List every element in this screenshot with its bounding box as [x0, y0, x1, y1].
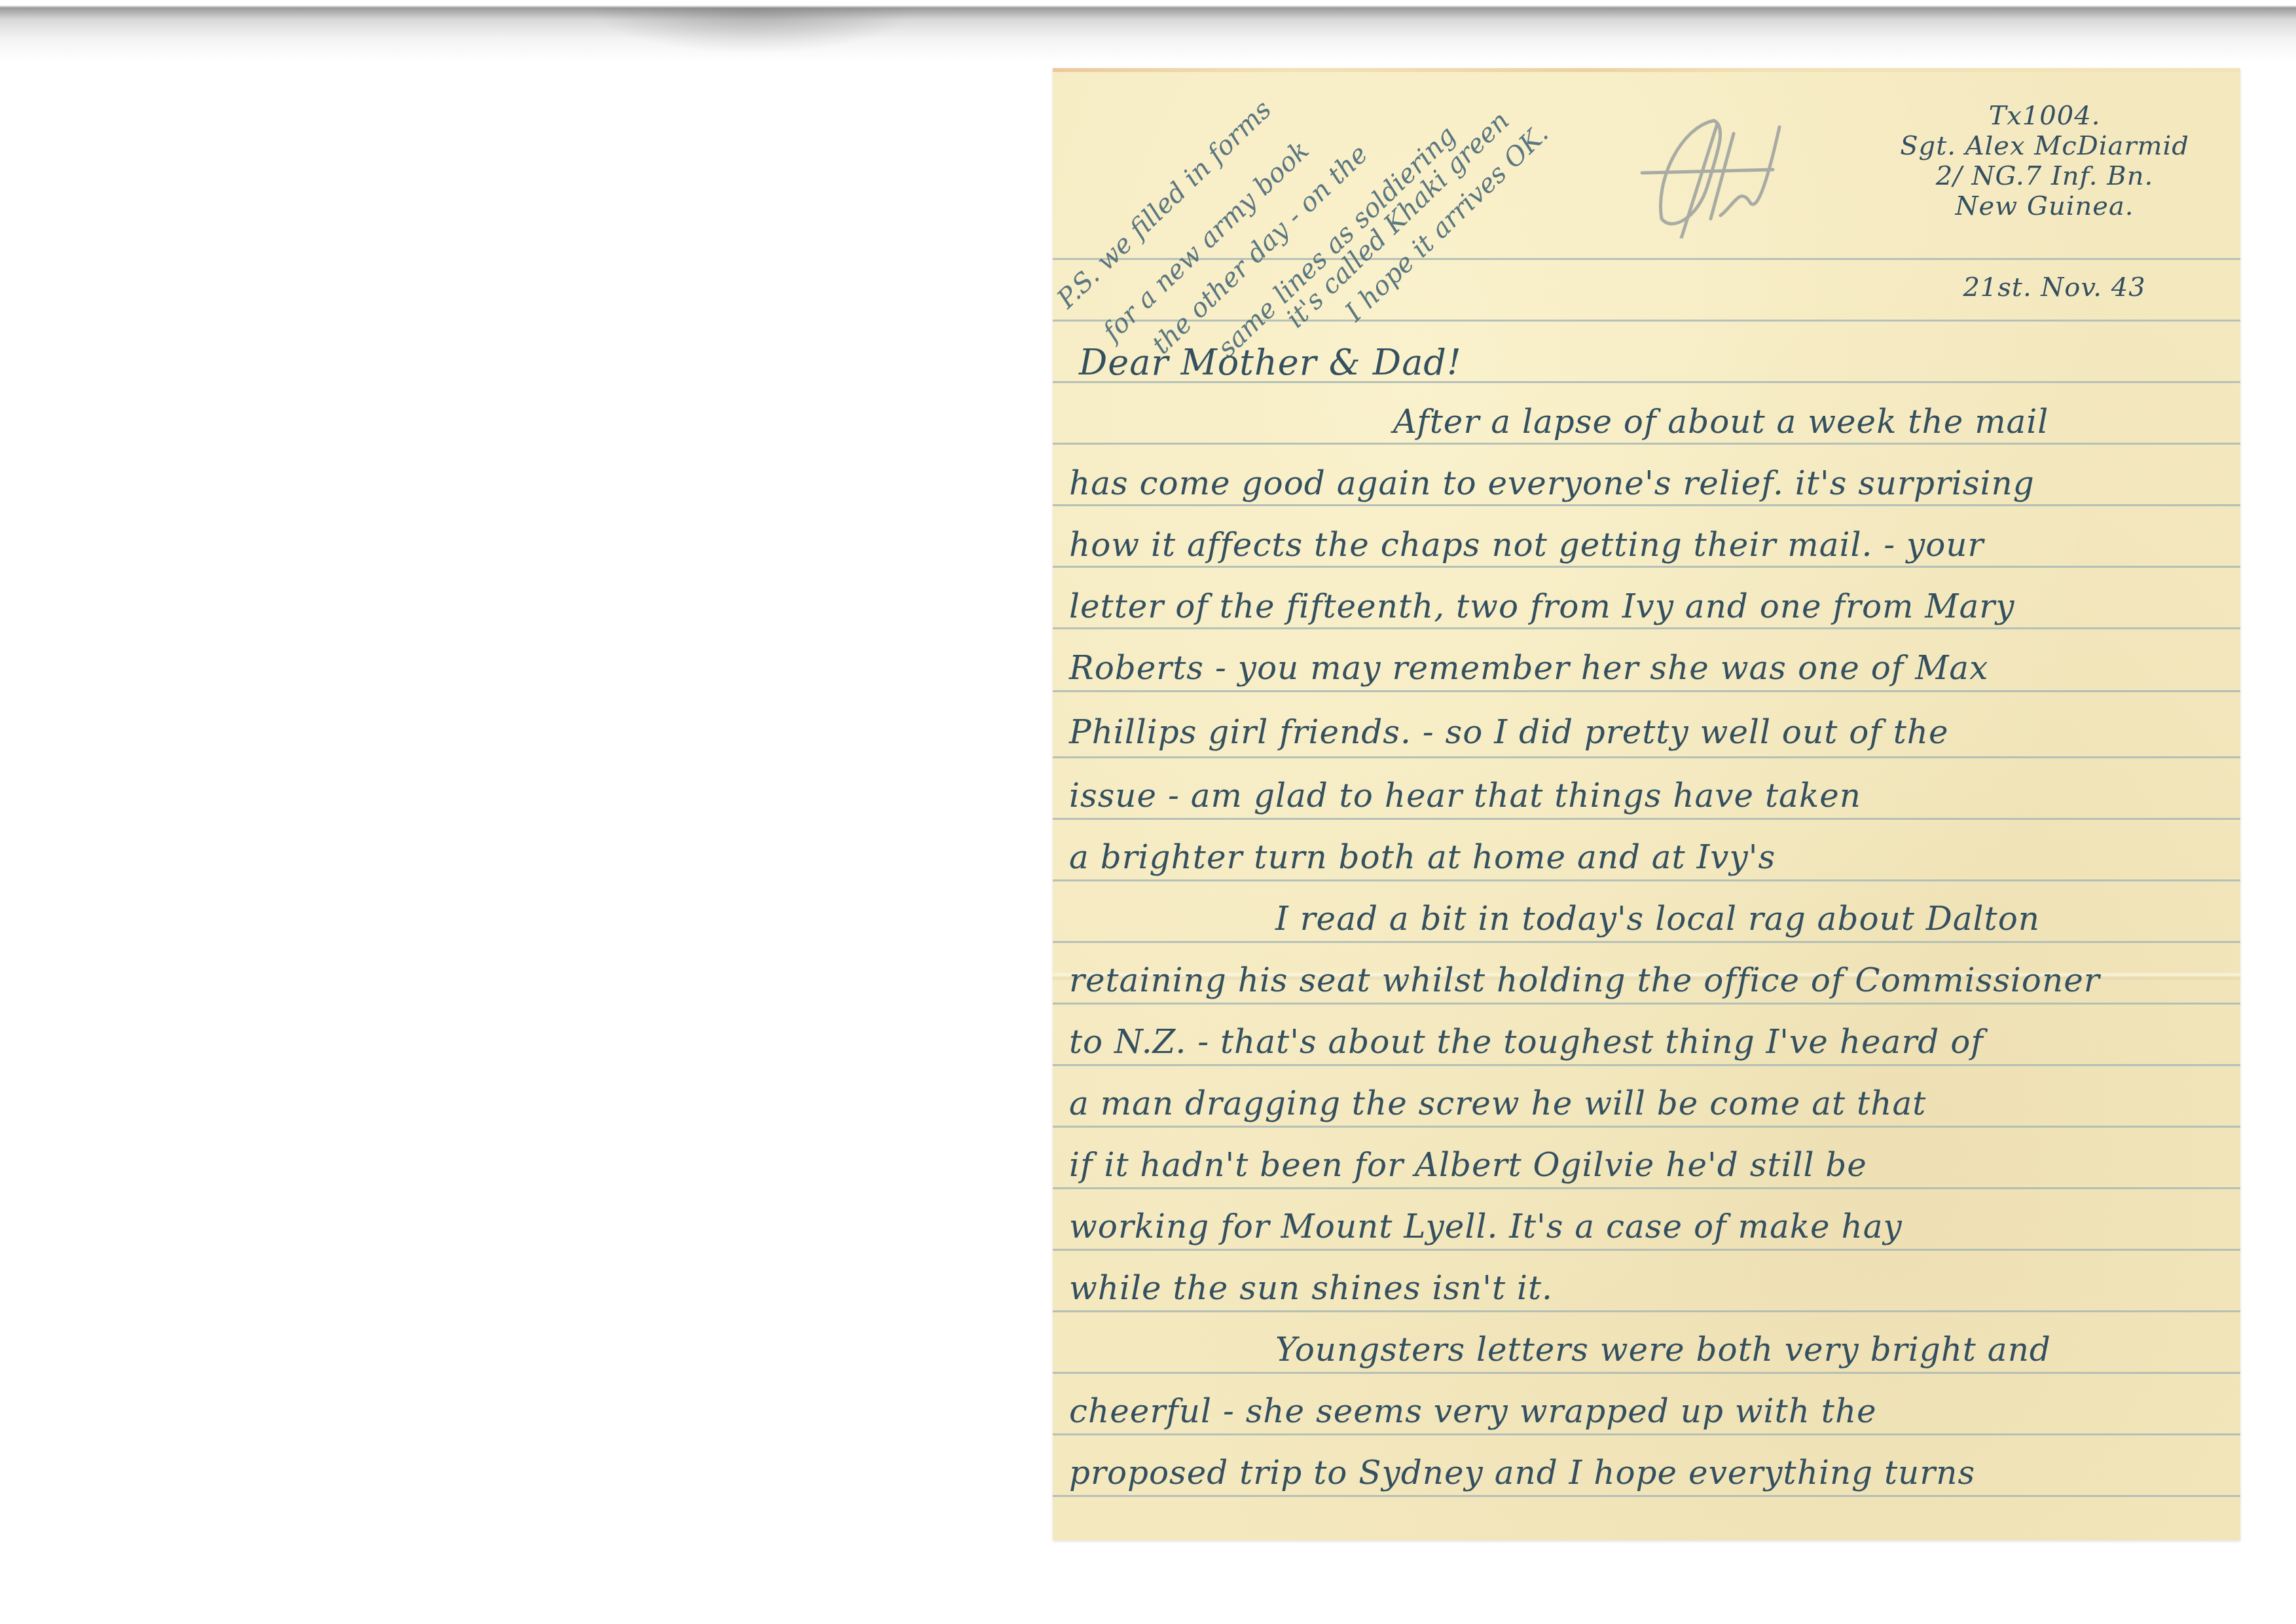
service-number: Tx1004.: [1874, 101, 2215, 131]
letter-line: cheerful - she seems very wrapped up wit…: [1069, 1392, 1877, 1431]
letter-line: letter of the fifteenth, two from Ivy an…: [1069, 587, 2015, 626]
letter-line: Phillips girl friends. - so I did pretty…: [1069, 712, 1949, 752]
letter-line: has come good again to everyone's relief…: [1069, 464, 2035, 503]
postscript-line: it's called Khaki green: [1281, 106, 1516, 334]
letter-line: issue - am glad to hear that things have…: [1069, 776, 1861, 815]
ruled-line: [1053, 941, 2240, 943]
sender-address: Tx1004. Sgt. Alex McDiarmid 2/ NG.7 Inf.…: [1874, 101, 2215, 221]
letter-line: After a lapse of about a week the mail: [1393, 402, 2049, 441]
ruled-line: [1053, 1433, 2240, 1435]
ruled-line: [1053, 879, 2240, 881]
pencil-initials-mark: [1635, 107, 1786, 238]
letter-line: retaining his seat whilst holding the of…: [1069, 961, 2100, 1000]
letter-line: I read a bit in today's local rag about …: [1275, 899, 2040, 938]
ruled-line: [1053, 1249, 2240, 1251]
sender-unit: 2/ NG.7 Inf. Bn.: [1874, 161, 2215, 191]
scanner-shadow: [0, 0, 2296, 62]
letter-line: Youngsters letters were both very bright…: [1275, 1330, 2051, 1369]
ruled-line: [1053, 1003, 2240, 1005]
letter-line: a man dragging the screw he will be come…: [1069, 1084, 1926, 1123]
ruled-line: [1053, 627, 2240, 629]
sender-name: Sgt. Alex McDiarmid: [1874, 131, 2215, 161]
ruled-line: [1053, 1495, 2240, 1497]
letter-line: proposed trip to Sydney and I hope every…: [1069, 1453, 1975, 1492]
ruled-line: [1053, 504, 2240, 506]
salutation: Dear Mother & Dad!: [1079, 343, 1462, 382]
letter-line: working for Mount Lyell. It's a case of …: [1069, 1207, 1903, 1246]
sender-location: New Guinea.: [1874, 191, 2215, 221]
ruled-line: [1053, 690, 2240, 692]
letter-date: 21st. Nov. 43: [1917, 272, 2192, 303]
letter-line: a brighter turn both at home and at Ivy'…: [1069, 838, 1776, 877]
letter-line: how it affects the chaps not getting the…: [1069, 525, 1984, 564]
letter-line: if it hadn't been for Albert Ogilvie he'…: [1069, 1145, 1867, 1185]
ruled-line: [1053, 1310, 2240, 1312]
letter-page: Tx1004. Sgt. Alex McDiarmid 2/ NG.7 Inf.…: [1053, 68, 2240, 1540]
ruled-line: [1053, 566, 2240, 568]
ruled-line: [1053, 1372, 2240, 1374]
ruled-line: [1053, 1064, 2240, 1066]
ruled-line: [1053, 443, 2240, 445]
ruled-line: [1053, 1187, 2240, 1189]
ruled-line: [1053, 1126, 2240, 1128]
ruled-line: [1053, 818, 2240, 820]
letter-line: while the sun shines isn't it.: [1069, 1268, 1553, 1308]
ruled-line: [1053, 320, 2240, 322]
ruled-line: [1053, 756, 2240, 758]
letter-line: to N.Z. - that's about the toughest thin…: [1069, 1022, 1984, 1061]
letter-line: Roberts - you may remember her she was o…: [1069, 648, 1988, 688]
